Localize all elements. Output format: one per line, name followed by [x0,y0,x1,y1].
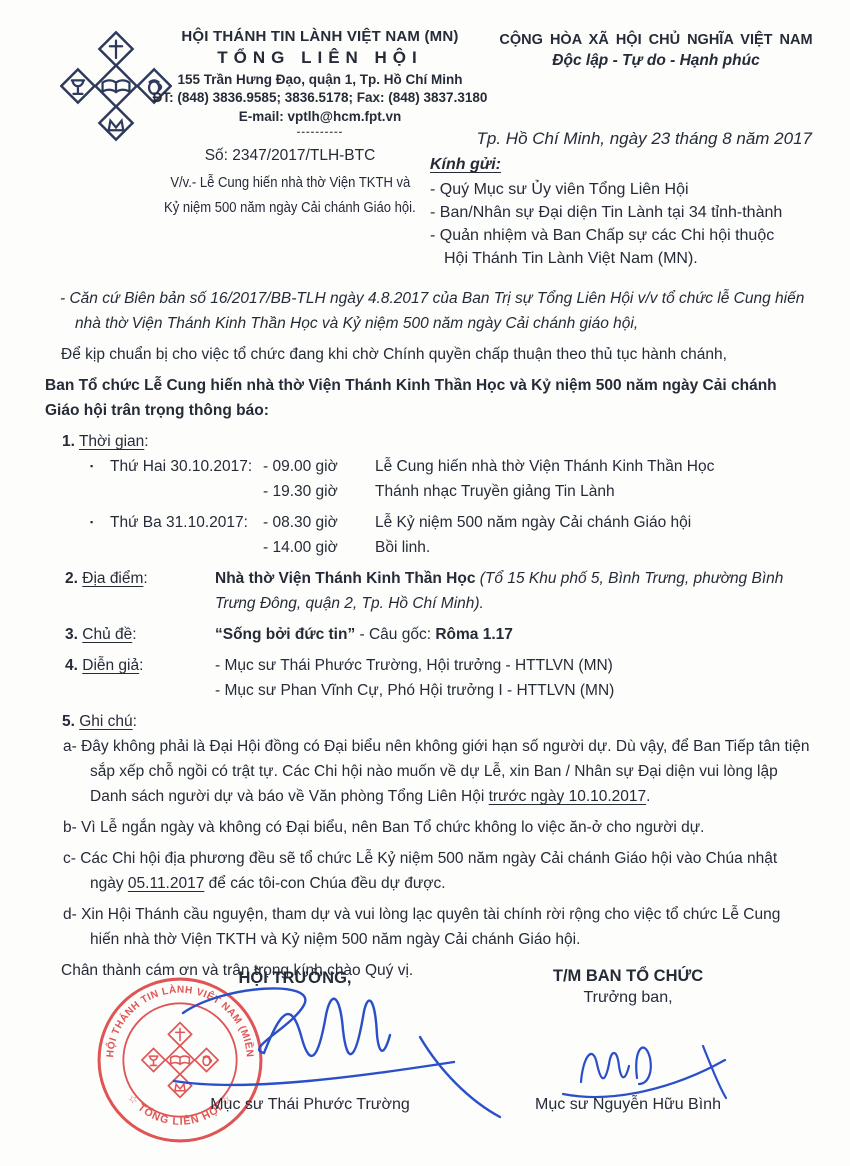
speaker-item: - Mục sư Phan Vĩnh Cự, Phó Hội trưởng I … [215,682,614,699]
bullet-square-icon: ▪ [90,510,110,535]
section-1-colon: : [144,433,148,450]
national-title: CỘNG HÒA XÃ HỘI CHỦ NGHĨA VIỆT NAM [488,32,824,48]
section-1-heading: 1. Thời gian: [62,429,810,454]
note-key: d- [63,906,81,923]
subject-line-1: V/v.- Lễ Cung hiến nhà thờ Viện TKTH và [170,171,410,196]
section-2-label: Địa điểm [82,570,143,587]
section-5-colon: : [133,713,137,730]
right-signature-subtitle: Trưởng ban, [518,989,738,1007]
section-4: 4. Diễn giả: - Mục sư Thái Phước Trường,… [65,653,810,703]
section-1-label: Thời gian [79,433,144,450]
note-underlined-date: trước ngày 10.10.2017 [489,788,647,805]
recipients-label: Kính gửi: [430,156,832,174]
note-text: Đây không phải là Đại Hội đồng có Đại bi… [81,738,809,805]
org-division: TỔNG LIÊN HỘI [148,48,492,68]
section-4-colon: : [139,657,143,674]
theme-separator: - Câu gốc: [355,626,435,643]
section-5-label: Ghi chú [79,713,132,730]
org-address: 155 Trần Hưng Đạo, quận 1, Tp. Hồ Chí Mi… [148,72,492,87]
recipients-block: Kính gửi: - Quý Mục sư Ủy viên Tổng Liên… [430,156,832,270]
note-key: c- [63,850,80,867]
section-2: 2. Địa điểm: Nhà thờ Viện Thánh Kinh Thầ… [65,566,810,616]
schedule-desc: Lễ Kỷ niệm 500 năm ngày Cải chánh Giáo h… [375,510,810,535]
note-key: a- [63,738,81,755]
schedule-date: Thứ Ba 31.10.2017: [110,510,263,535]
subject-line-2: Kỷ niệm 500 năm ngày Cải chánh Giáo hội. [164,196,416,221]
left-signer-name: Mục sư Thái Phước Trường [185,1096,435,1114]
section-4-heading: 4. Diễn giả: [65,653,215,703]
venue-name: Nhà thờ Viện Thánh Kinh Thần Học [215,570,480,587]
note-item-d: d- Xin Hội Thánh cầu nguyện, tham dự và … [50,902,810,952]
section-3-heading: 3. Chủ đề: [65,622,215,647]
schedule-time: - 08.30 giờ [263,510,375,535]
section-4-label: Diễn giả [82,657,139,674]
section-3-label: Chủ đề [82,626,132,643]
schedule-date: Thứ Hai 30.10.2017: [110,454,263,479]
theme-title: “Sống bởi đức tin” [215,626,355,643]
theme-verse: Rôma 1.17 [435,626,513,643]
section-5-heading: 5. Ghi chú: [62,709,810,734]
preparation-paragraph: Để kịp chuẩn bị cho việc tổ chức đang kh… [45,342,810,367]
header-divider: ---------- [148,126,492,138]
schedule-desc: Bồi linh. [375,535,810,560]
recipient-item: - Ban/Nhân sự Đại diện Tin Lành tại 34 t… [430,201,832,224]
note-item-c: c- Các Chi hội địa phương đều sẽ tổ chức… [50,846,810,896]
schedule-time: - 14.00 giờ [263,535,375,560]
org-phone-fax: ĐT: (848) 3836.9585; 3836.5178; Fax: (84… [148,90,492,105]
schedule-row: ▪ Thứ Hai 30.10.2017: - 09.00 giờ Lễ Cun… [90,454,810,479]
schedule-desc: Thánh nhạc Truyền giảng Tin Lành [375,479,810,504]
note-text: Xin Hội Thánh cầu nguyện, tham dự và vui… [81,906,780,948]
section-1-number: 1. [62,433,75,450]
scanned-letter-page: HỘI THÁNH TIN LÀNH VIỆT NAM (MN) TỔNG LI… [0,0,850,1166]
section-3-number: 3. [65,626,78,643]
right-signature-block: T/M BAN TỔ CHỨC Trưởng ban, [518,967,738,1007]
note-text: để các tôi-con Chúa đều dự được. [204,875,445,892]
schedule-time: - 09.00 giờ [263,454,375,479]
schedule-row: - 19.30 giờ Thánh nhạc Truyền giảng Tin … [90,479,810,504]
org-name: HỘI THÁNH TIN LÀNH VIỆT NAM (MN) [148,28,492,45]
bullet-square-icon [90,479,110,504]
recipient-item-continuation: Hội Thánh Tin Lành Việt Nam (MN). [430,247,832,270]
right-signature-title: T/M BAN TỔ CHỨC [518,967,738,986]
left-signature [168,975,533,1140]
note-text: . [646,788,650,805]
venue-text: Nhà thờ Viện Thánh Kinh Thần Học (Tổ 15 … [215,566,810,616]
note-underlined-date: 05.11.2017 [128,875,204,892]
org-email: E-mail: vptlh@hcm.fpt.vn [148,109,492,124]
national-header: CỘNG HÒA XÃ HỘI CHỦ NGHĨA VIỆT NAM Độc l… [488,32,824,70]
schedule-desc: Lễ Cung hiến nhà thờ Viện Thánh Kinh Thầ… [375,454,810,479]
section-3-colon: : [132,626,136,643]
bullet-square-icon [90,535,110,560]
section-2-heading: 2. Địa điểm: [65,566,215,616]
reference-block: Số: 2347/2017/TLH-BTC V/v.- Lễ Cung hiến… [118,147,462,221]
org-header: HỘI THÁNH TIN LÀNH VIỆT NAM (MN) TỔNG LI… [148,28,492,138]
schedule-time: - 19.30 giờ [263,479,375,504]
schedule-row: - 14.00 giờ Bồi linh. [90,535,810,560]
section-3: 3. Chủ đề: “Sống bởi đức tin” - Câu gốc:… [65,622,810,647]
note-item-a: a- Đây không phải là Đại Hội đồng có Đại… [50,734,810,809]
right-signer-name: Mục sư Nguyễn Hữu Bình [513,1096,743,1114]
bullet-square-icon: ▪ [90,454,110,479]
theme-text: “Sống bởi đức tin” - Câu gốc: Rôma 1.17 [215,622,810,647]
note-key: b- [63,819,81,836]
schedule-date [110,479,263,504]
national-motto: Độc lập - Tự do - Hạnh phúc [488,52,824,70]
section-4-number: 4. [65,657,78,674]
legal-basis-paragraph: - Căn cứ Biên bản số 16/2017/BB-TLH ngày… [45,286,810,336]
date-line: Tp. Hồ Chí Minh, ngày 23 tháng 8 năm 201… [477,129,812,149]
announcement-paragraph: Ban Tổ chức Lễ Cung hiến nhà thờ Viện Th… [45,373,810,423]
note-item-b: b- Vì Lễ ngắn ngày và không có Đại biểu,… [50,815,810,840]
section-5-number: 5. [62,713,75,730]
section-2-number: 2. [65,570,78,587]
schedule-date [110,535,263,560]
recipient-item: - Quý Mục sư Ủy viên Tổng Liên Hội [430,178,832,201]
letter-body: - Căn cứ Biên bản số 16/2017/BB-TLH ngày… [45,286,810,983]
speaker-item: - Mục sư Thái Phước Trường, Hội trưởng -… [215,657,613,674]
reference-number: Số: 2347/2017/TLH-BTC [118,147,462,165]
speakers-list: - Mục sư Thái Phước Trường, Hội trưởng -… [215,653,810,703]
note-text: Vì Lễ ngắn ngày và không có Đại biểu, nê… [81,819,704,836]
section-2-colon: : [143,570,147,587]
recipient-item: - Quản nhiệm và Ban Chấp sự các Chi hội … [430,224,832,247]
schedule-row: ▪ Thứ Ba 31.10.2017: - 08.30 giờ Lễ Kỷ n… [90,510,810,535]
